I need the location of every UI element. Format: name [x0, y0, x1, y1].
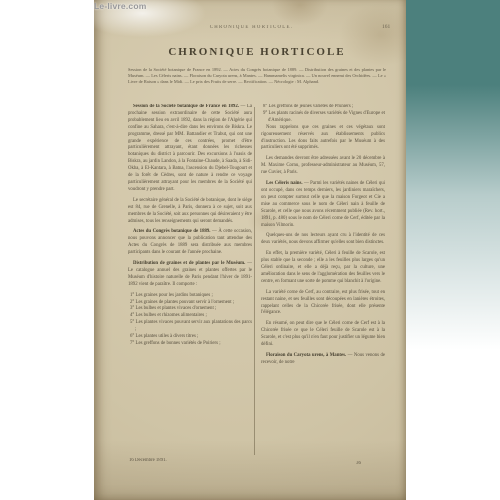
article-title: CHRONIQUE HORTICOLE — [128, 46, 386, 58]
paragraph-text: Le secrétaire général de la Société de b… — [128, 198, 252, 224]
column-divider — [254, 107, 255, 455]
product-photo: Chronique horticole. 161 CHRONIQUE HORTI… — [0, 0, 500, 500]
list-item: 4° Les bulbes et rhizomes alimentaires ; — [128, 313, 252, 320]
list-item: 3° Les bulbes et plantes vivaces d'ornem… — [128, 306, 252, 313]
section-heading-distribution: Distribution de graines et de plantes pa… — [133, 261, 245, 266]
section-heading-actes: Actes du Congrès botanique de 1889. — [133, 229, 210, 234]
paragraph: En effet, la première variété, Céleri à … — [261, 251, 385, 286]
paragraph: Session de la Société botanique de Franc… — [128, 104, 252, 194]
paragraph: Actes du Congrès botanique de 1889. — À … — [128, 229, 252, 257]
paragraph-text: Les demandes devront être adressées avan… — [261, 156, 385, 175]
page-number: 161 — [382, 24, 390, 30]
section-heading-floraison: Floraison du Caryota urens, à Mantes. — [266, 353, 346, 358]
paragraph: Le secrétaire général de la Société de b… — [128, 198, 252, 226]
background-accent — [406, 0, 500, 365]
paragraph: Quelques-uns de nos lecteurs ayant cru à… — [261, 233, 385, 247]
paragraph-text: Quelques-uns de nos lecteurs ayant cru à… — [261, 233, 385, 245]
section-heading-celeris: Les Céleris nains. — [266, 181, 303, 186]
footer-signature: 36 — [356, 461, 361, 466]
paragraph: Les demandes devront être adressées avan… — [261, 156, 385, 177]
list-item: 8° Les greffons de jeunes variétés de Pr… — [261, 104, 385, 111]
list-item: 7° Les greffons de bonnes variétés de Po… — [128, 341, 252, 348]
paragraph-text: Nous rappelons que ces graines et ces vé… — [261, 125, 385, 151]
paragraph: Les Céleris nains. — Parmi les variétés … — [261, 181, 385, 229]
list-item: 2° Les graines de plantes pouvant servir… — [128, 300, 252, 307]
paragraph: Floraison du Caryota urens, à Mantes. — … — [261, 353, 385, 367]
paragraph: La variété corne de Cerf, au contraire, … — [261, 290, 385, 318]
list-item: 1° Les graines pour les jardins botaniqu… — [128, 293, 252, 300]
summary: Session de la Société botanique de Franc… — [128, 67, 386, 86]
paragraph-text: — Parmi les variétés naines de Céleri qu… — [261, 181, 385, 227]
section-heading-session: Session de la Société botanique de Franc… — [133, 104, 239, 109]
footer-date: 16 Décembre 1891. — [129, 458, 167, 463]
list-item: 6° Les plantes utiles à divers titres ; — [128, 334, 252, 341]
paragraph-text: En effet, la première variété, Céleri à … — [261, 251, 385, 284]
list-item: 5° Les plantes vivaces pouvant servir au… — [128, 320, 252, 334]
list-item: 9° Les plants racinés de diverses variét… — [261, 111, 385, 125]
paragraph-text: — La prochaine session extraordinaire de… — [128, 104, 252, 192]
watermark: Le-livre.com — [94, 1, 146, 11]
right-column: 8° Les greffons de jeunes variétés de Pr… — [261, 104, 385, 457]
paragraph: Nous rappelons que ces graines et ces vé… — [261, 125, 385, 153]
left-column: Session de la Société botanique de Franc… — [128, 104, 252, 457]
paragraph-text: En résumé, on peut dire que le Céleri co… — [261, 321, 385, 347]
paragraph-text: La variété corne de Cerf, au contraire, … — [261, 290, 385, 316]
paragraph: En résumé, on peut dire que le Céleri co… — [261, 321, 385, 349]
scanned-page: Chronique horticole. 161 CHRONIQUE HORTI… — [94, 0, 406, 500]
running-header: Chronique horticole. — [144, 25, 359, 30]
paragraph: Distribution de graines et de plantes pa… — [128, 261, 252, 289]
